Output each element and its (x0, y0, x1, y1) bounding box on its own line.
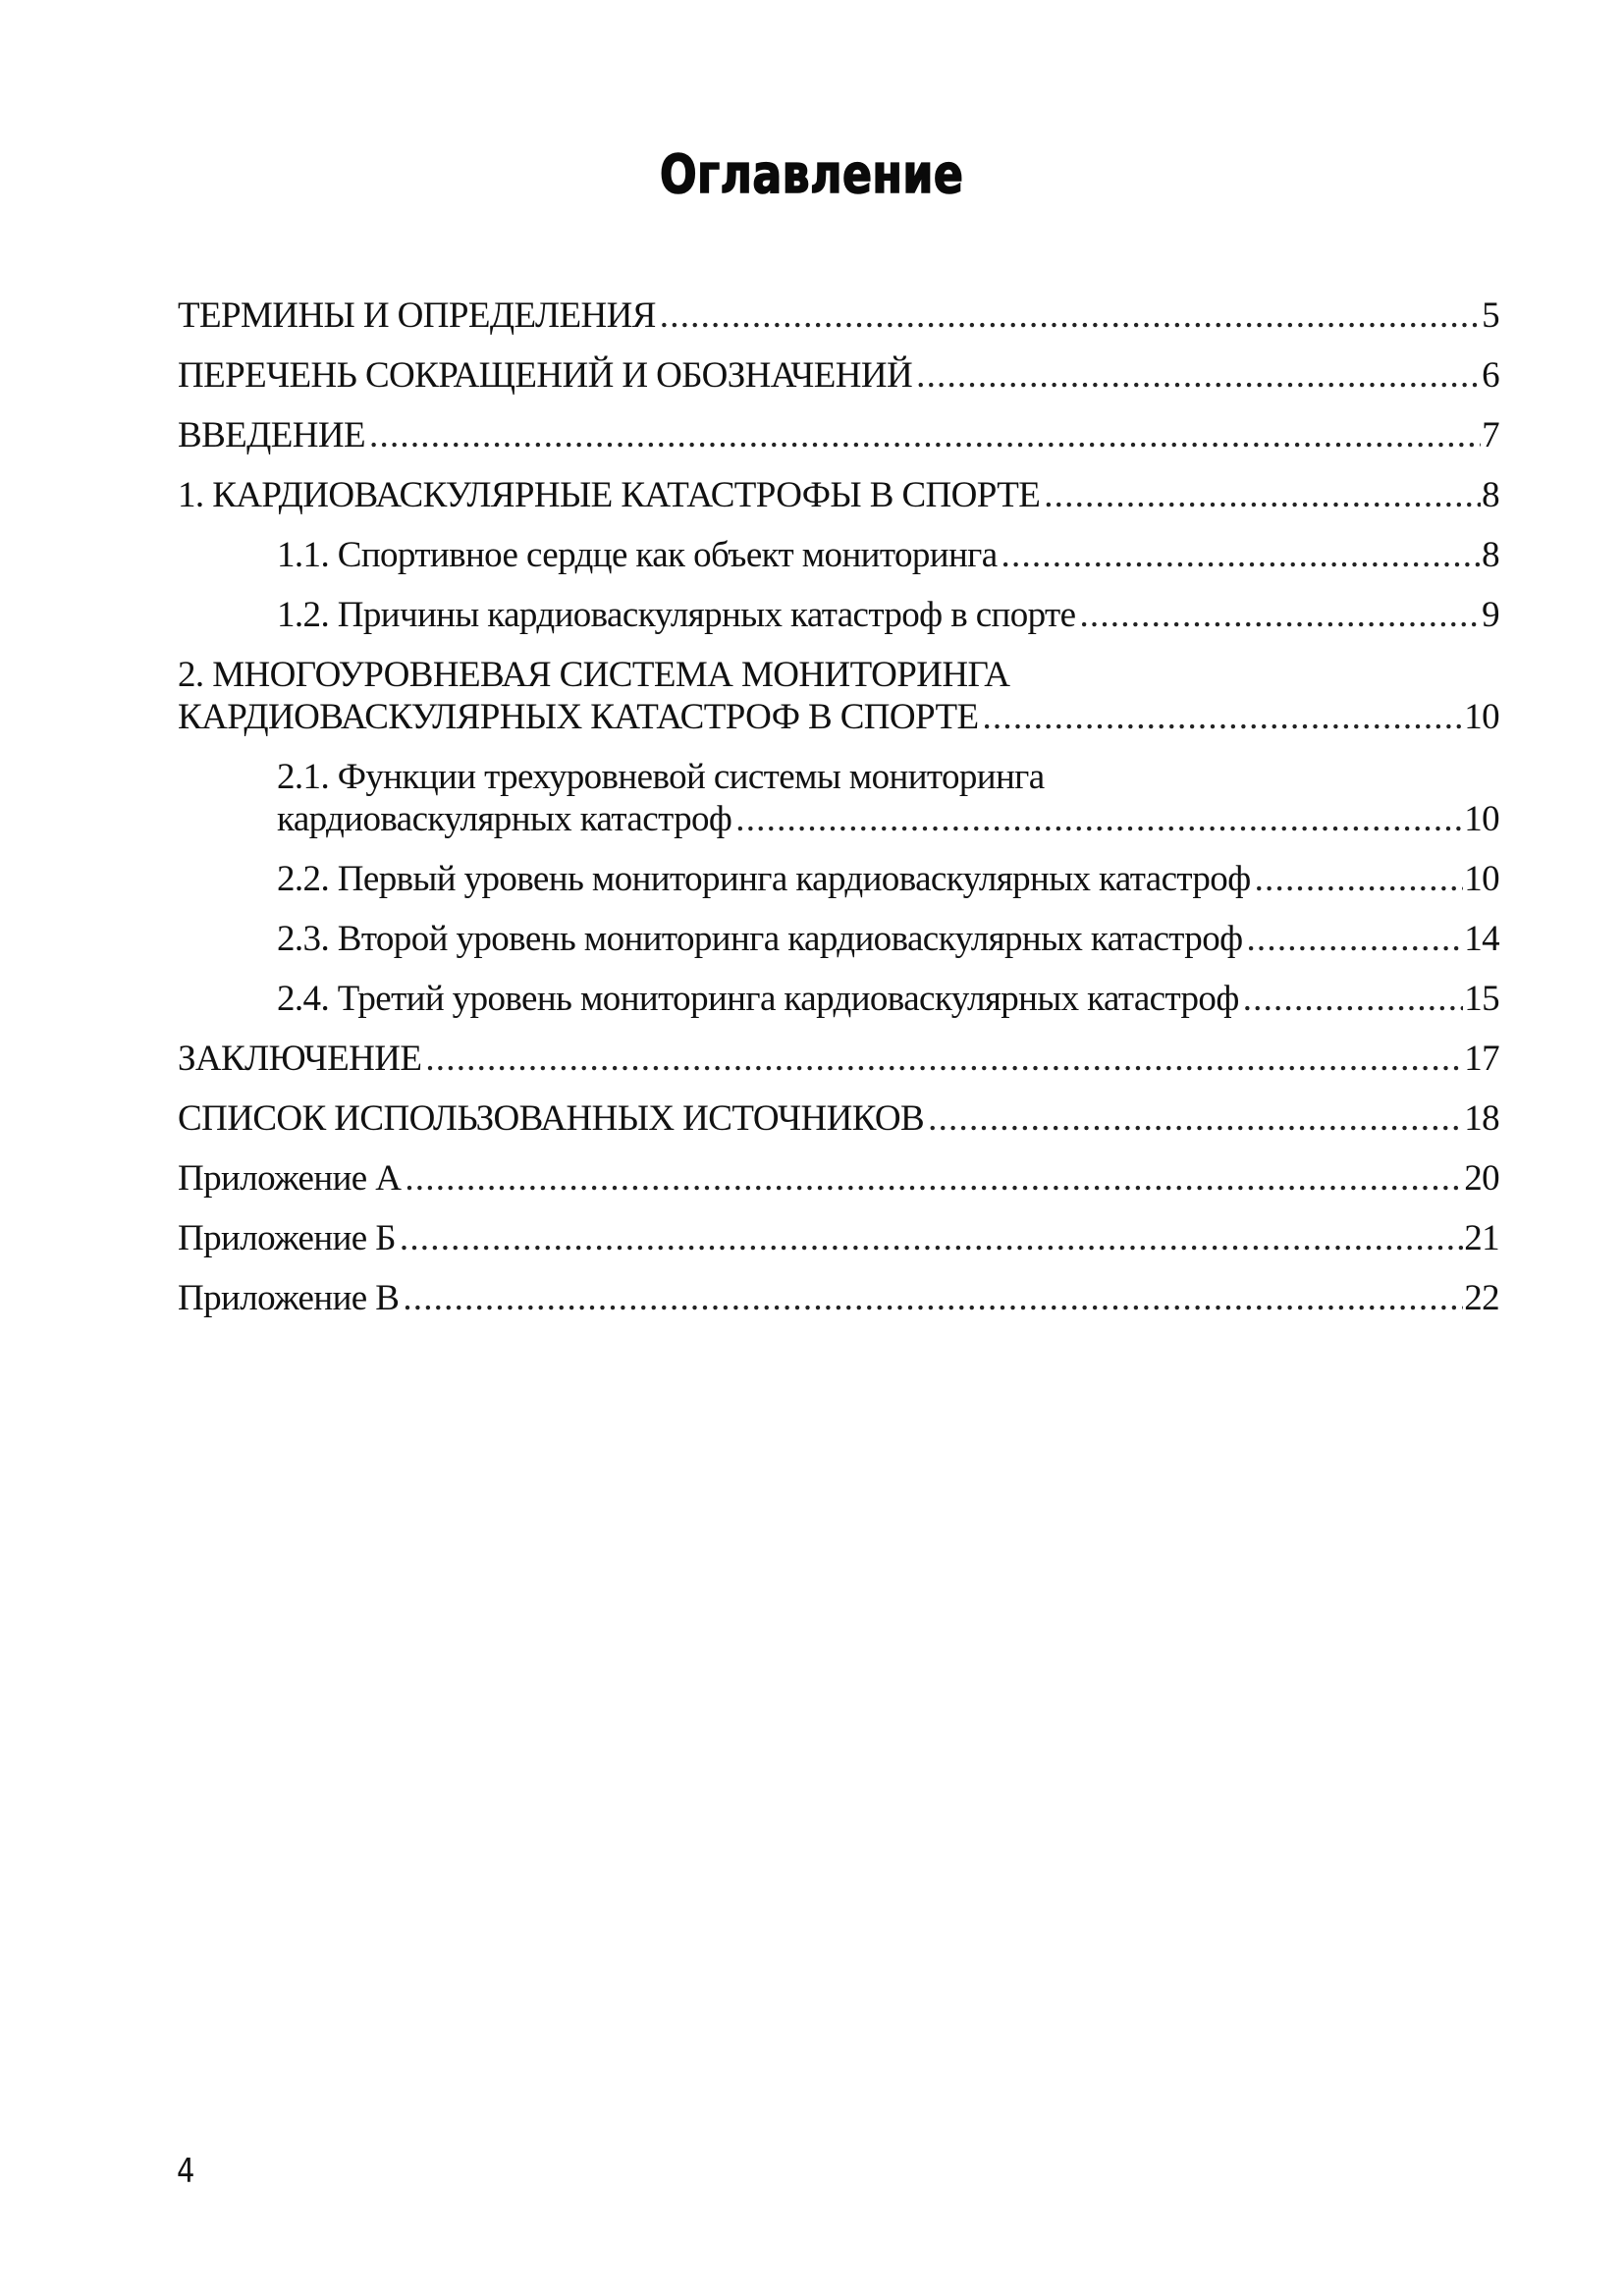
dot-leader (369, 414, 1481, 456)
toc-entry[interactable]: 2.1. Функции трехуровневой системы монит… (178, 756, 1499, 840)
toc-entry-title: кардиоваскулярных катастроф (277, 798, 731, 840)
dot-leader (735, 798, 1463, 840)
toc-entry-page-number: 18 (1464, 1097, 1499, 1140)
toc-entry[interactable]: 1.1. Спортивное сердце как объект монито… (178, 534, 1499, 576)
toc-entry-row: 1.1. Спортивное сердце как объект монито… (277, 534, 1499, 576)
toc-entry-title: Приложение В (178, 1277, 399, 1319)
toc-entry-page-number: 10 (1464, 798, 1499, 840)
toc-entry-page-number: 6 (1482, 354, 1499, 397)
document-page: Оглавление ТЕРМИНЫ И ОПРЕДЕЛЕНИЯ5ПЕРЕЧЕН… (0, 0, 1624, 2296)
toc-entry[interactable]: ПЕРЕЧЕНЬ СОКРАЩЕНИЙ И ОБОЗНАЧЕНИЙ6 (178, 354, 1499, 397)
toc-entry-title: ПЕРЕЧЕНЬ СОКРАЩЕНИЙ И ОБОЗНАЧЕНИЙ (178, 354, 912, 397)
toc-entry-title: ТЕРМИНЫ И ОПРЕДЕЛЕНИЯ (178, 294, 656, 337)
page-number: 4 (177, 2152, 194, 2191)
toc-entry[interactable]: ВВЕДЕНИЕ7 (178, 414, 1499, 456)
toc-entry-page-number: 10 (1464, 858, 1499, 900)
toc-entry[interactable]: Приложение В22 (178, 1277, 1499, 1319)
dot-leader (660, 294, 1481, 337)
toc-entry-row: Приложение А20 (178, 1157, 1499, 1200)
toc-entry-title: Приложение А (178, 1157, 401, 1200)
dot-leader (1255, 858, 1464, 900)
toc-entry-title: 2.2. Первый уровень мониторинга кардиова… (277, 858, 1251, 900)
toc-entry-title: 2.4. Третий уровень мониторинга кардиова… (277, 978, 1239, 1020)
toc-entry-title: ЗАКЛЮЧЕНИЕ (178, 1038, 421, 1080)
toc-entry-row: ПЕРЕЧЕНЬ СОКРАЩЕНИЙ И ОБОЗНАЧЕНИЙ6 (178, 354, 1499, 397)
toc-entry-row: ТЕРМИНЫ И ОПРЕДЕЛЕНИЯ5 (178, 294, 1499, 337)
dot-leader (1246, 918, 1463, 960)
dot-leader (928, 1097, 1463, 1140)
toc-entry-row: 1. КАРДИОВАСКУЛЯРНЫЕ КАТАСТРОФЫ В СПОРТЕ… (178, 474, 1499, 516)
toc-entry-page-number: 17 (1464, 1038, 1499, 1080)
toc-entry-page-number: 14 (1464, 918, 1499, 960)
toc-entry[interactable]: СПИСОК ИСПОЛЬЗОВАННЫХ ИСТОЧНИКОВ18 (178, 1097, 1499, 1140)
toc-entry-title-line: 2.1. Функции трехуровневой системы монит… (277, 756, 1499, 798)
dot-leader (982, 696, 1463, 738)
dot-leader (1079, 594, 1481, 636)
page-title: Оглавление (660, 145, 963, 204)
toc-entry[interactable]: Приложение Б21 (178, 1217, 1499, 1259)
toc-entry-row: Приложение В22 (178, 1277, 1499, 1319)
toc-entry-row: 2.2. Первый уровень мониторинга кардиова… (277, 858, 1499, 900)
toc-entry-page-number: 21 (1464, 1217, 1499, 1259)
toc-entry-row: ЗАКЛЮЧЕНИЕ17 (178, 1038, 1499, 1080)
toc-entry-page-number: 20 (1464, 1157, 1499, 1200)
toc-entry-title: 1.2. Причины кардиоваскулярных катастроф… (277, 594, 1075, 636)
toc-entry-title: КАРДИОВАСКУЛЯРНЫХ КАТАСТРОФ В СПОРТЕ (178, 696, 978, 738)
toc-entry-page-number: 8 (1482, 474, 1499, 516)
toc-entry-title: ВВЕДЕНИЕ (178, 414, 365, 456)
toc-entry-page-number: 7 (1482, 414, 1499, 456)
dot-leader (1243, 978, 1463, 1020)
toc-entry-row: 2.4. Третий уровень мониторинга кардиова… (277, 978, 1499, 1020)
toc-entry-page-number: 8 (1482, 534, 1499, 576)
toc-entry[interactable]: ЗАКЛЮЧЕНИЕ17 (178, 1038, 1499, 1080)
toc-entry[interactable]: Приложение А20 (178, 1157, 1499, 1200)
toc-entry[interactable]: 1. КАРДИОВАСКУЛЯРНЫЕ КАТАСТРОФЫ В СПОРТЕ… (178, 474, 1499, 516)
toc-entry[interactable]: ТЕРМИНЫ И ОПРЕДЕЛЕНИЯ5 (178, 294, 1499, 337)
toc-entry-title: 2.3. Второй уровень мониторинга кардиова… (277, 918, 1242, 960)
toc-entry-title: 1. КАРДИОВАСКУЛЯРНЫЕ КАТАСТРОФЫ В СПОРТЕ (178, 474, 1040, 516)
toc-entry-row: 1.2. Причины кардиоваскулярных катастроф… (277, 594, 1499, 636)
toc-entry[interactable]: 2. МНОГОУРОВНЕВАЯ СИСТЕМА МОНИТОРИНГАКАР… (178, 654, 1499, 738)
toc-entry-title: 1.1. Спортивное сердце как объект монито… (277, 534, 998, 576)
toc-entry-row: КАРДИОВАСКУЛЯРНЫХ КАТАСТРОФ В СПОРТЕ10 (178, 696, 1499, 738)
toc-entry[interactable]: 2.3. Второй уровень мониторинга кардиова… (178, 918, 1499, 960)
toc-entry-row: кардиоваскулярных катастроф10 (277, 798, 1499, 840)
toc-entry-row: Приложение Б21 (178, 1217, 1499, 1259)
toc-entry-title: СПИСОК ИСПОЛЬЗОВАННЫХ ИСТОЧНИКОВ (178, 1097, 924, 1140)
toc-entry-page-number: 9 (1482, 594, 1499, 636)
dot-leader (403, 1277, 1463, 1319)
title-container: Оглавление (0, 145, 1624, 204)
toc-entry-page-number: 5 (1482, 294, 1499, 337)
toc-entry[interactable]: 2.4. Третий уровень мониторинга кардиова… (178, 978, 1499, 1020)
toc-entry-page-number: 10 (1464, 696, 1499, 738)
dot-leader (425, 1038, 1463, 1080)
toc-entry-title-line: 2. МНОГОУРОВНЕВАЯ СИСТЕМА МОНИТОРИНГА (178, 654, 1499, 696)
dot-leader (400, 1217, 1463, 1259)
toc-entry-row: ВВЕДЕНИЕ7 (178, 414, 1499, 456)
toc-entry-row: 2.3. Второй уровень мониторинга кардиова… (277, 918, 1499, 960)
toc-entry[interactable]: 1.2. Причины кардиоваскулярных катастроф… (178, 594, 1499, 636)
toc-entry-page-number: 22 (1464, 1277, 1499, 1319)
dot-leader (405, 1157, 1463, 1200)
toc-entry-page-number: 15 (1464, 978, 1499, 1020)
dot-leader (1044, 474, 1481, 516)
table-of-contents: ТЕРМИНЫ И ОПРЕДЕЛЕНИЯ5ПЕРЕЧЕНЬ СОКРАЩЕНИ… (178, 294, 1499, 1337)
dot-leader (1001, 534, 1482, 576)
toc-entry-title: Приложение Б (178, 1217, 396, 1259)
toc-entry[interactable]: 2.2. Первый уровень мониторинга кардиова… (178, 858, 1499, 900)
toc-entry-row: СПИСОК ИСПОЛЬЗОВАННЫХ ИСТОЧНИКОВ18 (178, 1097, 1499, 1140)
dot-leader (916, 354, 1481, 397)
